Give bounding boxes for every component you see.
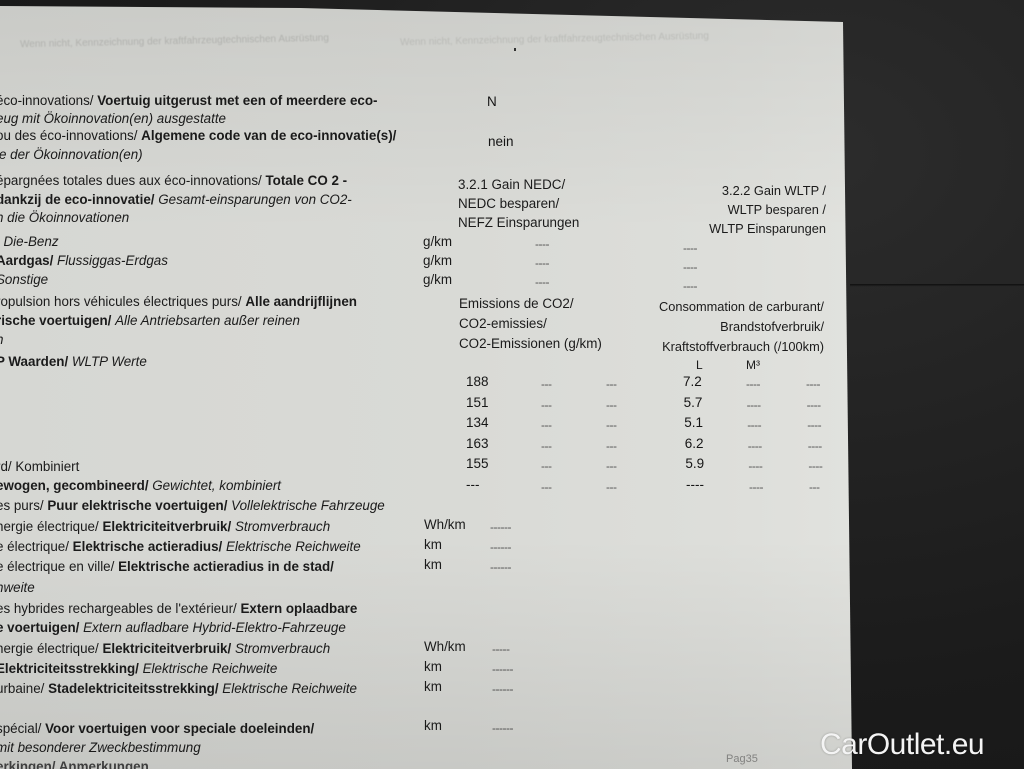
wltp-cell-l: 5.9	[685, 456, 704, 472]
ev-row-value: ------	[490, 519, 511, 535]
ev-row-label: nergie électrique/ Elektriciteitverbruik…	[0, 519, 330, 535]
ev-row-unit: km	[424, 537, 442, 553]
wltp-cell-m3: ----	[747, 397, 761, 413]
phev-row-label: Elektriciteitsstrekking/ Elektrische Rei…	[0, 661, 277, 677]
ev-row-value: ------	[490, 559, 511, 575]
fuel-type-label: Aardgas/ Flussiggas-Erdgas	[0, 253, 168, 269]
phev-heading-2: e voertuigen/ Extern aufladbare Hybrid-E…	[0, 620, 346, 636]
speck	[514, 48, 516, 51]
wltp-values-label: P Waarden/ WLTP Werte	[0, 354, 147, 370]
leather-seam	[850, 284, 1024, 287]
caroutlet-watermark: CarOutlet.eu	[820, 728, 984, 762]
remarks-label: erkingen/ Anmerkungen	[0, 759, 149, 769]
phev-row-value: -----	[492, 641, 509, 657]
wltp-cell-c2: ---	[541, 458, 552, 474]
show-through-text: Wenn nicht, Kennzeichnung der kraftfahrz…	[400, 31, 709, 48]
wltp-cell-c2: ---	[541, 376, 552, 392]
fuel-type-unit: g/km	[423, 234, 452, 250]
wltp-cell-l: 5.7	[684, 395, 703, 411]
fuel-consumption-header: Consommation de carburant/ Brandstofverb…	[640, 297, 824, 357]
all-powertrains-label-3: n	[0, 332, 3, 348]
nedc-gain-header: 3.2.1 Gain NEDC/ NEDC besparen/ NEFZ Ein…	[458, 175, 579, 232]
wltp-cell-c6: ----	[806, 376, 820, 392]
phev-row-unit: Wh/km	[424, 639, 466, 655]
nedc-gain-value: ----	[535, 274, 549, 290]
eco-innovations-label-de: eug mit Ökoinnovation(en) ausgestatte	[0, 111, 226, 127]
wltp-cell-co2: 188	[466, 374, 489, 390]
wltp-cell-m3: ----	[748, 438, 762, 454]
all-powertrains-label-2: rische voertuigen/ Alle Antriebsarten au…	[0, 313, 300, 329]
wltp-gain-value: ----	[683, 240, 697, 256]
wltp-cell-c3: ---	[606, 438, 617, 454]
eco-code-value: nein	[488, 134, 514, 150]
ev-row-label: e électrique en ville/ Elektrische actie…	[0, 559, 334, 575]
co2-savings-label-3: h die Ökoinnovationen	[0, 210, 129, 226]
phev-row-value: ------	[492, 681, 513, 697]
wltp-cell-m3: ----	[748, 458, 762, 474]
co2-savings-label-2: dankzij de eco-innovatie/ Gesamt-einspar…	[0, 192, 352, 208]
wltp-cell-c3: ---	[606, 458, 617, 474]
wltp-cell-c2: ---	[541, 438, 552, 454]
wltp-cell-c2: ---	[541, 417, 552, 433]
wltp-cell-co2: ---	[466, 477, 480, 493]
ev-city-range-label-2: hweite	[0, 580, 35, 596]
unit-cubic-meters: M³	[746, 357, 760, 373]
ev-row-unit: Wh/km	[424, 517, 466, 533]
wltp-cell-l: ----	[686, 477, 704, 493]
wltp-cell-c3: ---	[606, 479, 617, 495]
wltp-cell-c3: ---	[606, 417, 617, 433]
wltp-cell-c6: ----	[808, 458, 822, 474]
ev-row-unit: km	[424, 557, 442, 573]
fuel-type-label: / Die-Benz	[0, 234, 59, 250]
phev-row-value: ------	[492, 661, 513, 677]
special-purpose-label-de: mit besonderer Zweckbestimmung	[0, 740, 201, 756]
nedc-gain-value: ----	[535, 255, 549, 271]
wltp-gain-value: ----	[683, 278, 697, 294]
nedc-gain-value: ----	[535, 236, 549, 252]
pure-ev-heading: es purs/ Puur elektrische voertuigen/ Vo…	[0, 498, 385, 514]
wltp-cell-l: 7.2	[683, 374, 702, 390]
fuel-type-unit: g/km	[423, 253, 452, 269]
eco-code-label-de: le der Ökoinnovation(en)	[0, 147, 143, 163]
weighted-combined-label: ewogen, gecombineerd/ Gewichtet, kombini…	[0, 478, 281, 494]
wltp-cell-m3: ----	[746, 376, 760, 392]
phev-heading: es hybrides rechargeables de l'extérieur…	[0, 601, 357, 617]
wltp-cell-m3: ----	[749, 479, 763, 495]
phev-row-unit: km	[424, 659, 442, 675]
co2-savings-label: épargnées totales dues aux éco-innovatio…	[0, 173, 347, 189]
wltp-cell-c3: ---	[606, 397, 617, 413]
wltp-cell-c3: ---	[606, 376, 617, 392]
special-purpose-unit: km	[424, 718, 442, 734]
special-purpose-label: spécial/ Voor voertuigen voor speciale d…	[0, 721, 314, 737]
unit-liters: L	[696, 357, 703, 373]
phev-row-unit: km	[424, 679, 442, 695]
wltp-cell-l: 5.1	[684, 415, 703, 431]
wltp-cell-l: 6.2	[685, 436, 704, 452]
wltp-cell-c6: ----	[807, 417, 821, 433]
co2-emissions-header: Emissions de CO2/ CO2-emissies/ CO2-Emis…	[459, 294, 602, 354]
wltp-gain-value: ----	[683, 259, 697, 275]
page-number: Pag35	[726, 753, 758, 765]
special-purpose-value: ------	[492, 720, 513, 736]
wltp-gain-header: 3.2.2 Gain WLTP / WLTP besparen / WLTP E…	[700, 181, 826, 238]
wltp-cell-co2: 134	[466, 415, 489, 431]
wltp-cell-co2: 155	[466, 456, 489, 472]
wltp-cell-co2: 163	[466, 436, 489, 452]
wltp-cell-c2: ---	[541, 397, 552, 413]
wltp-cell-c6: ----	[807, 397, 821, 413]
fuel-type-label: Sonstige	[0, 272, 48, 288]
phev-row-label: nergie électrique/ Elektriciteitverbruik…	[0, 641, 330, 657]
combined-label: rd/ Kombiniert	[0, 459, 79, 475]
wltp-cell-m3: ----	[747, 417, 761, 433]
eco-code-label: ou des éco-innovations/ Algemene code va…	[0, 128, 396, 144]
phev-row-label: urbaine/ Stadelektriciteitsstrekking/ El…	[0, 681, 357, 697]
eco-innovations-label: éco-innovations/ Voertuig uitgerust met …	[0, 93, 378, 109]
wltp-cell-co2: 151	[466, 395, 489, 411]
fuel-type-unit: g/km	[423, 272, 452, 288]
show-through-text: Wenn nicht, Kennzeichnung der kraftfahrz…	[20, 33, 329, 50]
wltp-cell-c2: ---	[541, 479, 552, 495]
ev-row-label: e électrique/ Elektrische actieradius/ E…	[0, 539, 361, 555]
wltp-cell-c6: ----	[808, 438, 822, 454]
wltp-cell-c6: ---	[809, 479, 820, 495]
ev-row-value: ------	[490, 539, 511, 555]
all-powertrains-label: ropulsion hors véhicules électriques pur…	[0, 294, 357, 310]
eco-innovations-value: N	[487, 94, 497, 110]
